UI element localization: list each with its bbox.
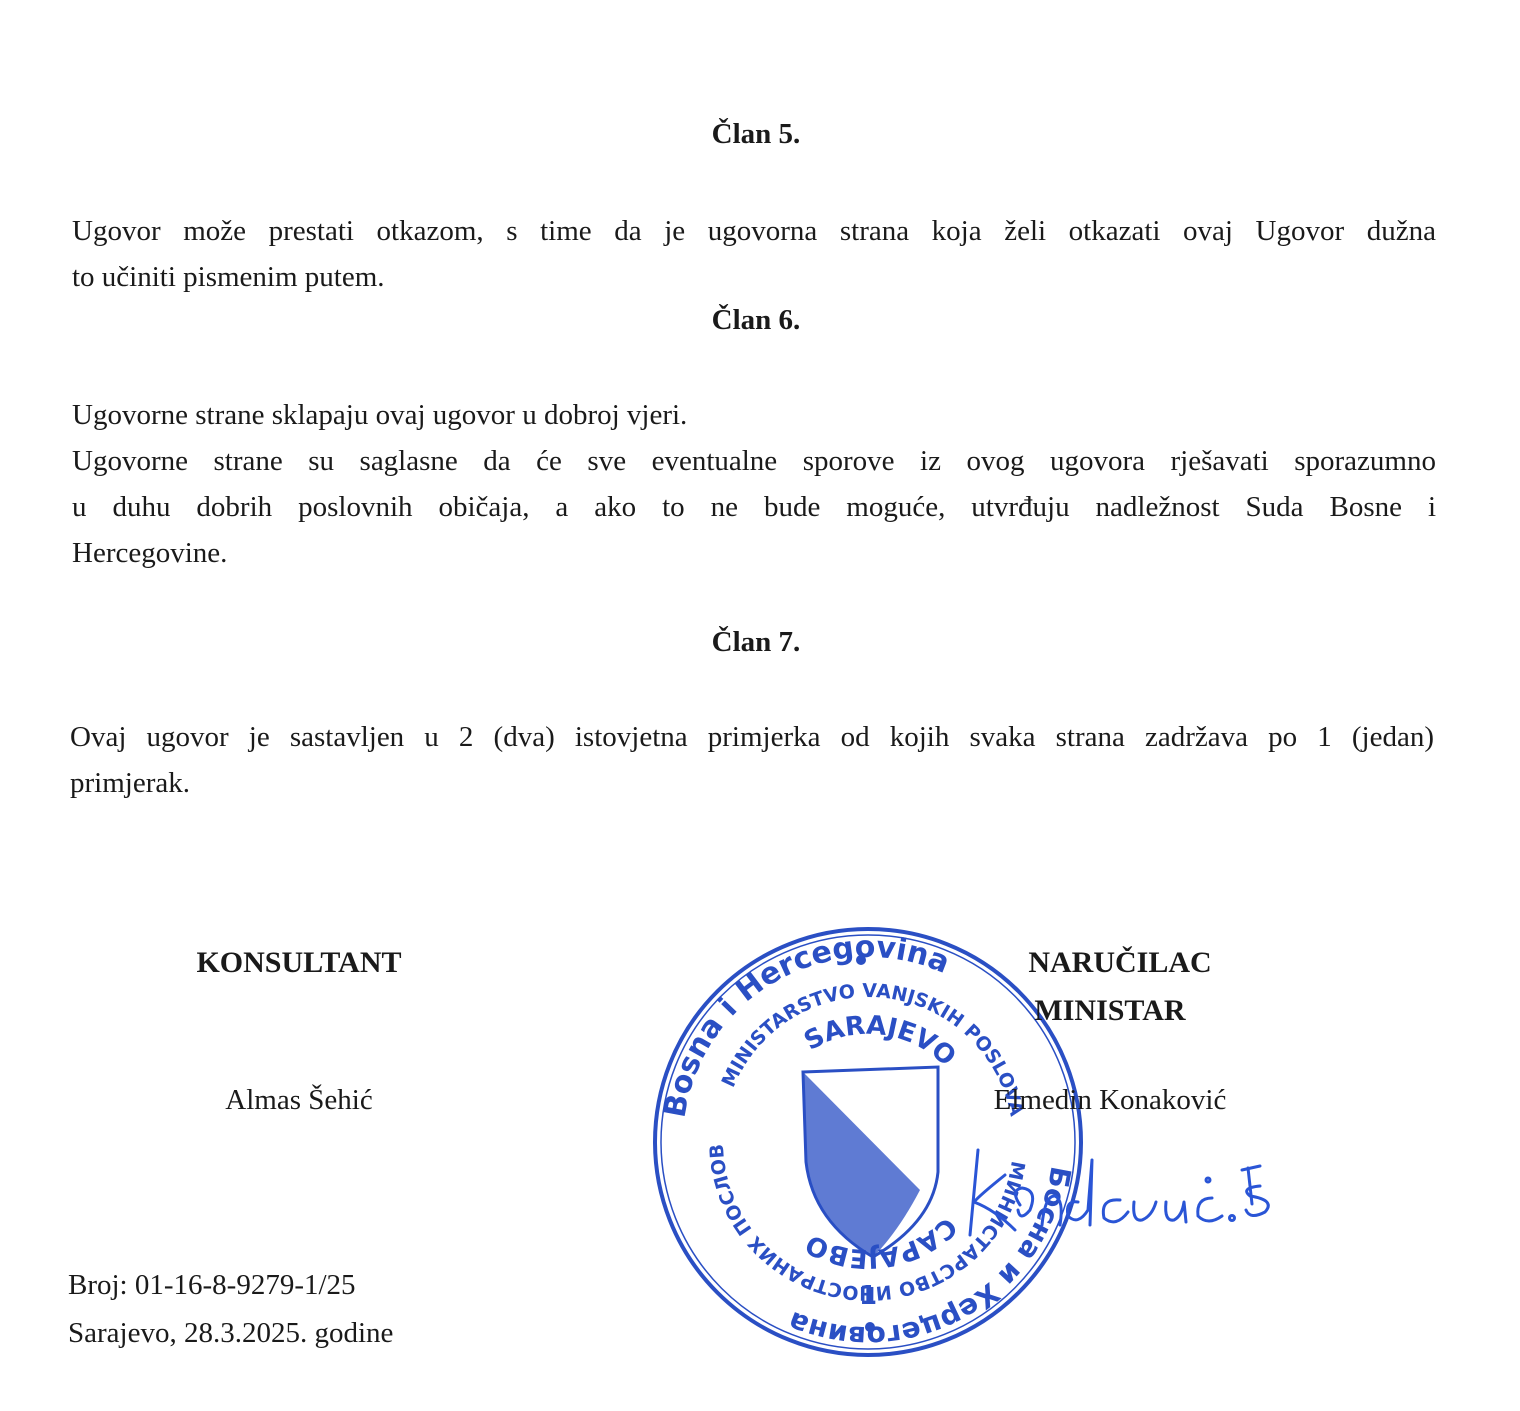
coat-of-arms-icon xyxy=(803,1067,938,1257)
text-line: Ovaj ugovor je sastavljen u 2 (dva) isto… xyxy=(70,714,1434,760)
text-line: primjerak. xyxy=(70,760,1434,806)
client-title: MINISTAR xyxy=(990,994,1230,1028)
stamp-number: 1 xyxy=(859,1281,877,1311)
text-line: Ugovorne strane su saglasne da će sve ev… xyxy=(72,438,1436,484)
article-5-heading: Član 5. xyxy=(0,118,1512,151)
text-line: Ugovorne strane sklapaju ovaj ugovor u d… xyxy=(72,392,1436,438)
client-role: NARUČILAC xyxy=(990,946,1250,980)
text-line: Hercegovine. xyxy=(72,530,1436,576)
client-name: Elmedin Konaković xyxy=(960,1084,1260,1117)
document-number: Broj: 01-16-8-9279-1/25 xyxy=(68,1264,356,1306)
handwritten-signature xyxy=(960,1130,1290,1240)
article-6-heading: Član 6. xyxy=(0,304,1512,337)
place-date: Sarajevo, 28.3.2025. godine xyxy=(68,1312,393,1354)
text-line: u duhu dobrih poslovnih običaja, a ako t… xyxy=(72,484,1436,530)
consultant-role: KONSULTANT xyxy=(140,946,458,980)
consultant-name: Almas Šehić xyxy=(140,1084,458,1117)
article-6-text: Ugovorne strane sklapaju ovaj ugovor u d… xyxy=(72,392,1436,576)
article-7-text: Ovaj ugovor je sastavljen u 2 (dva) isto… xyxy=(70,714,1434,806)
article-7-heading: Član 7. xyxy=(0,626,1512,659)
article-5-text: Ugovor može prestati otkazom, s time da … xyxy=(72,208,1436,300)
text-line: to učiniti pismenim putem. xyxy=(72,254,1436,300)
text-line: Ugovor može prestati otkazom, s time da … xyxy=(72,208,1436,254)
